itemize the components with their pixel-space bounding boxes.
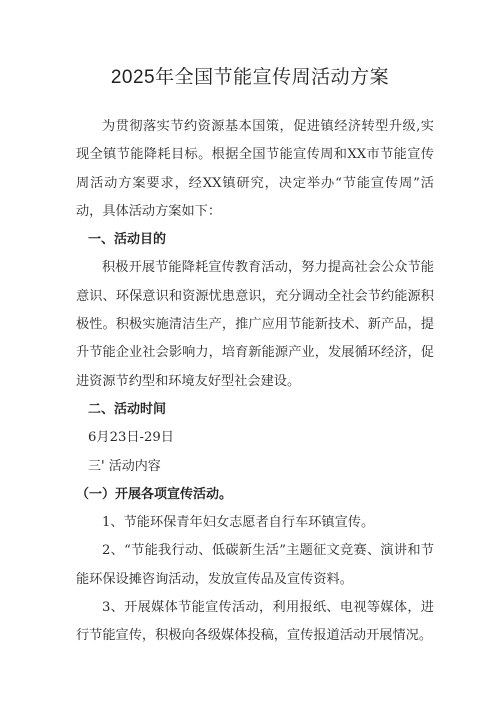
section-heading-time: 二、活动时间: [76, 396, 434, 424]
intro-paragraph: 为贯彻落实节约资源基本国策，促进镇经济转型升级,实现全镇节能降耗目标。根据全国节…: [76, 113, 434, 226]
document-page: 2025年全国节能宣传周活动方案 为贯彻落实节约资源基本国策，促进镇经济转型升级…: [0, 0, 500, 707]
content-item: 3、开展媒体节能宣传活动，利用报纸、电视等媒体，进行节能宣传，积极向各级媒体投稿…: [76, 594, 434, 651]
document-body: 为贯彻落实节约资源基本国策，促进镇经济转型升级,实现全镇节能降耗目标。根据全国节…: [76, 113, 434, 651]
document-title: 2025年全国节能宣传周活动方案: [0, 62, 500, 89]
section-heading-purpose: 一、活动目的: [76, 226, 434, 254]
section-heading-content: 三' 活动内容: [76, 453, 434, 481]
purpose-paragraph: 积极开展节能降耗宣传教育活动，努力提高社会公众节能意识、环保意识和资源忧患意识，…: [76, 254, 434, 395]
content-item: 1、节能环保青年妇女志愿者自行车环镇宣传。: [76, 509, 434, 537]
content-item: 2、“节能我行动、低碳新生活”主题征文竞赛、演讲和节能环保设摊咨询活动，发放宣传…: [76, 537, 434, 594]
content-subheading: （一）开展各项宣传活动。: [76, 481, 434, 509]
time-paragraph: 6月23日-29日: [76, 424, 434, 452]
